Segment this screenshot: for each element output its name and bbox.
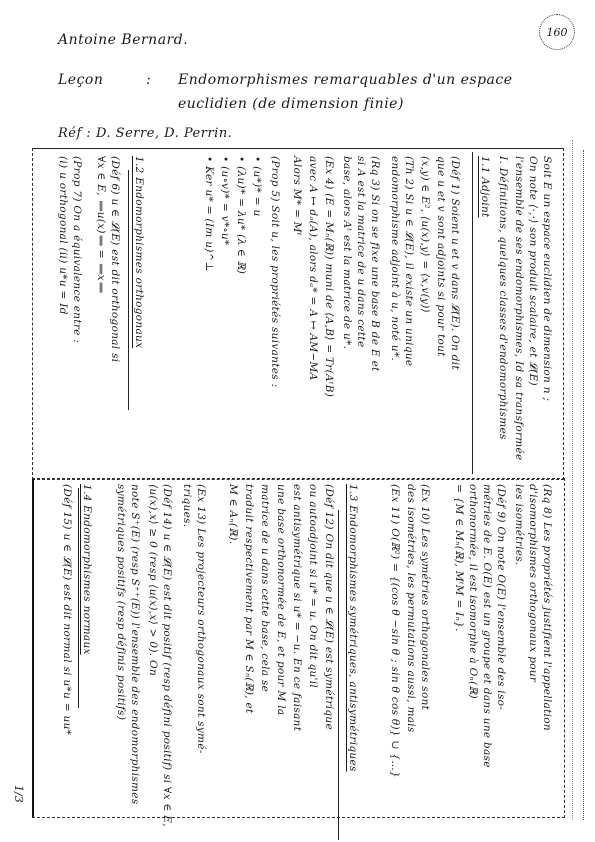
page-mark: 160 xyxy=(539,14,575,50)
text-line: ∀x ∈ E, ‖u(x)‖ = ‖x‖ xyxy=(94,156,108,293)
section-heading: I. Définitions, quelques classes d'endom… xyxy=(496,156,510,440)
text-line: On note ⟨·,·⟩ son produit scalaire, et 𝓛… xyxy=(526,156,540,386)
margin-rule xyxy=(338,510,339,840)
author-name: Antoine Bernard. xyxy=(58,32,188,48)
references: Réf : D. Serre, D. Perrin. xyxy=(58,126,232,141)
text-line: ⟨u(x),x⟩ ≥ 0 (resp ⟨u(x),x⟩ > 0). On xyxy=(146,484,160,676)
text-line: note S⁺(E) (resp S⁺⁺(E)) l'ensemble des … xyxy=(128,484,142,805)
text-line: est antisymétrique si u* = −u. En ce fai… xyxy=(290,484,304,731)
text-line: M ∈ Aₙ(ℝ). xyxy=(226,484,240,544)
subsection-heading: 1.2 Endomorphismes orthogonaux xyxy=(132,156,146,348)
text-line: que u et v sont adjoints si pour tout xyxy=(434,156,448,357)
text-line: (Déf 9) On note O(E) l'ensemble des iso- xyxy=(494,484,508,710)
text-line: l'ensemble de ses endomorphismes, Id sa … xyxy=(512,156,526,461)
text-line: métries de E. O(E) est un groupe et dans… xyxy=(480,484,494,768)
text-line: si A est la matrice de u dans cette xyxy=(354,156,368,347)
text-line: triques. xyxy=(180,484,194,527)
text-line: (Déf 1) Soient u et v dans 𝓛(E). On dit xyxy=(448,156,462,370)
text-line: (Ex 13) Les projecteurs orthogonaux sont… xyxy=(194,484,208,754)
text-line: des isométries, les permutations aussi, … xyxy=(404,484,418,733)
margin-rule xyxy=(472,152,473,474)
text-line: • Ker u* = (Im u)^⊥ xyxy=(202,156,216,272)
margin-rule xyxy=(128,170,129,410)
text-line: traduit respectivement par M ∈ Sₙ(ℝ), et xyxy=(242,484,256,714)
lesson-title-line1: Endomorphismes remarquables d'un espace xyxy=(178,72,513,88)
text-line: ou autoadjoint si u* = u. On dit qu'il xyxy=(306,484,320,688)
page-count: 1/3 xyxy=(12,785,25,803)
text-line: (Rq 3) Si on se fixe une base B de E et xyxy=(368,156,382,372)
text-line: (Déf 15) u ∈ 𝓛(E) est dit normal si u*u … xyxy=(60,484,74,735)
margin-rule xyxy=(78,488,79,708)
subsection-heading: 1.4 Endomorphismes normaux xyxy=(80,484,94,655)
lesson-label: Leçon xyxy=(58,72,103,88)
text-line: (i) u orthogonal (ii) u*u = Id xyxy=(56,156,70,315)
subsection-heading: 1.3 Endomorphismes symétriques, antisymé… xyxy=(346,484,360,772)
text-line: les isométries. xyxy=(512,484,526,566)
text-line: une base orthonormée de E, et pour M la xyxy=(274,484,288,715)
text-line: matrice de u dans cette base, cela se xyxy=(258,484,272,692)
text-line: symétriques positifs (resp définis posit… xyxy=(114,484,128,720)
text-line: (Ex 10) Les symétries orthogonales sont xyxy=(418,484,432,710)
text-line: = {M ∈ Mₙ(ℝ), MᵗM = Iₙ}. xyxy=(452,484,466,632)
rule-right-inner xyxy=(572,140,573,820)
text-line: Alors M* = Mᵗ xyxy=(290,156,304,236)
text-line: (Déf 12) On dit que u ∈ 𝓛(E) est symétri… xyxy=(322,484,336,730)
subsection-heading: 1.1 Adjoint xyxy=(478,156,492,218)
text-line: • (u*)* = u xyxy=(250,156,264,217)
text-line: orthonormée, il est isomorphe à Oₙ(ℝ) xyxy=(466,484,480,699)
rule-right xyxy=(583,150,584,820)
lesson-title-line2: euclidien (de dimension finie) xyxy=(178,96,404,112)
text-line: (Ex 11) O(ℝ²) = {(cos θ −sin θ ; sin θ c… xyxy=(388,484,402,778)
text-line: (Ex 4) (E = Mₙ(ℝ)) muni de ⟨A,B⟩ = Tr(Aᵗ… xyxy=(322,156,336,397)
text-line: (Th 2) Si u ∈ 𝓛(E), il existe un unique xyxy=(402,156,416,366)
text-line: (Déf 6) u ∈ 𝓛(E) est dit orthogonal si xyxy=(108,156,122,362)
text-line: d'isomorphismes orthogonaux pour xyxy=(526,484,540,682)
text-line: (x,y) ∈ E², ⟨u(x),y⟩ = ⟨x,v(y)⟩ xyxy=(418,156,432,313)
text-line: base, alors Aᵗ est la matrice de u*. xyxy=(340,156,354,349)
text-line: • (λu)* = λu* (λ ∈ ℝ) xyxy=(234,156,248,274)
text-line: (Rq 8) Les propriétés justifient l'appel… xyxy=(540,484,554,731)
text-line: endomorphisme adjoint à u, noté u*. xyxy=(388,156,402,361)
text-line: (Prop 5) Soit u, les propriétés suivante… xyxy=(268,156,282,387)
text-line: Soit E un espace euclidien de dimension … xyxy=(540,156,554,401)
text-line: • (u∘v)* = v*∘u* xyxy=(218,156,232,245)
lesson-colon: : xyxy=(146,72,151,88)
text-line: avec A ↦ dₐ(A), alors dₐ* = A ↦ AM−MA xyxy=(306,156,320,381)
text-line: (Déf 14) u ∈ 𝓛(E) est dit positif (resp … xyxy=(160,484,174,827)
text-line: (Prop 7) On a équivalence entre : xyxy=(70,156,84,343)
